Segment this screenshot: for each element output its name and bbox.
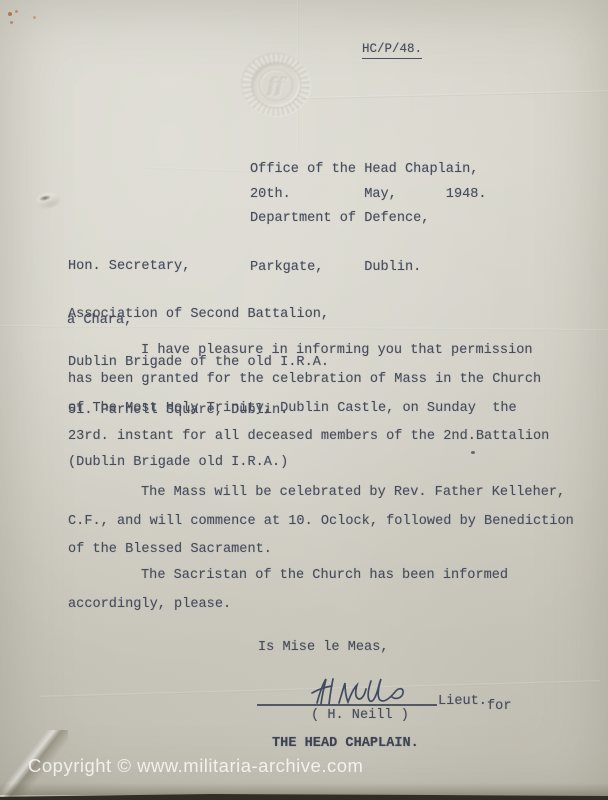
signature-line — [257, 704, 437, 706]
body-line: The Mass will be celebrated by Rev. Fath… — [68, 485, 565, 500]
body-line: C.F., and will commence at 10. Oclock, f… — [68, 514, 574, 529]
paper-tear — [28, 183, 67, 216]
signer-title: THE HEAD CHAPLAIN. — [272, 736, 419, 752]
body-line: The Sacristan of the Church has been inf… — [68, 568, 508, 583]
seal-inner-circle: ff — [259, 69, 293, 101]
body-line: accordingly, please. — [68, 597, 231, 612]
copyright-watermark: Copyright © www.militaria-archive.com — [28, 755, 363, 777]
body-line: 23rd. instant for all deceased members o… — [68, 429, 549, 444]
recipient-address: Hon. Secretary, Association of Second Ba… — [68, 227, 329, 451]
body-line: of The Most Holy Trinity, Dublin Castle,… — [68, 401, 517, 416]
foxing-spot — [33, 16, 36, 19]
signature-rank-for: for — [487, 699, 511, 715]
foxing-spot — [8, 12, 12, 16]
foxing-spot — [15, 10, 18, 13]
sender-address-line: Department of Defence, — [250, 211, 478, 227]
salutation: a Chara, — [67, 313, 132, 329]
body-line: (Dublin Brigade old I.R.A.) — [68, 455, 288, 470]
body-line: has been granted for the celebration of … — [68, 372, 541, 387]
signature-typed-name: ( H. Neill ) — [311, 708, 409, 724]
body-line: I have pleasure in informing you that pe… — [68, 343, 533, 358]
sender-address-line: Office of the Head Chaplain, — [250, 162, 478, 178]
paper-bottom-shadow — [0, 783, 608, 795]
foxing-spot — [10, 21, 13, 24]
body-line: of the Blessed Sacrament. — [68, 542, 272, 557]
embossed-defence-seal-icon: ff — [242, 54, 310, 116]
closing-phrase: Is Mise le Meas, — [258, 640, 389, 656]
signature-rank: Lieut. — [438, 694, 487, 710]
letter-date: 20th. May, 1948. — [250, 187, 487, 203]
reference-number: HC/P/48. — [362, 41, 422, 59]
seal-monogram: ff — [268, 73, 285, 97]
stray-ink-mark — [471, 451, 475, 454]
seal-ring: ff — [252, 63, 300, 107]
recipient-line: Hon. Secretary, — [68, 259, 329, 275]
letter-scan: ff HC/P/48. Office of the Head Chaplain,… — [0, 0, 608, 800]
paper-crease — [285, 90, 608, 99]
